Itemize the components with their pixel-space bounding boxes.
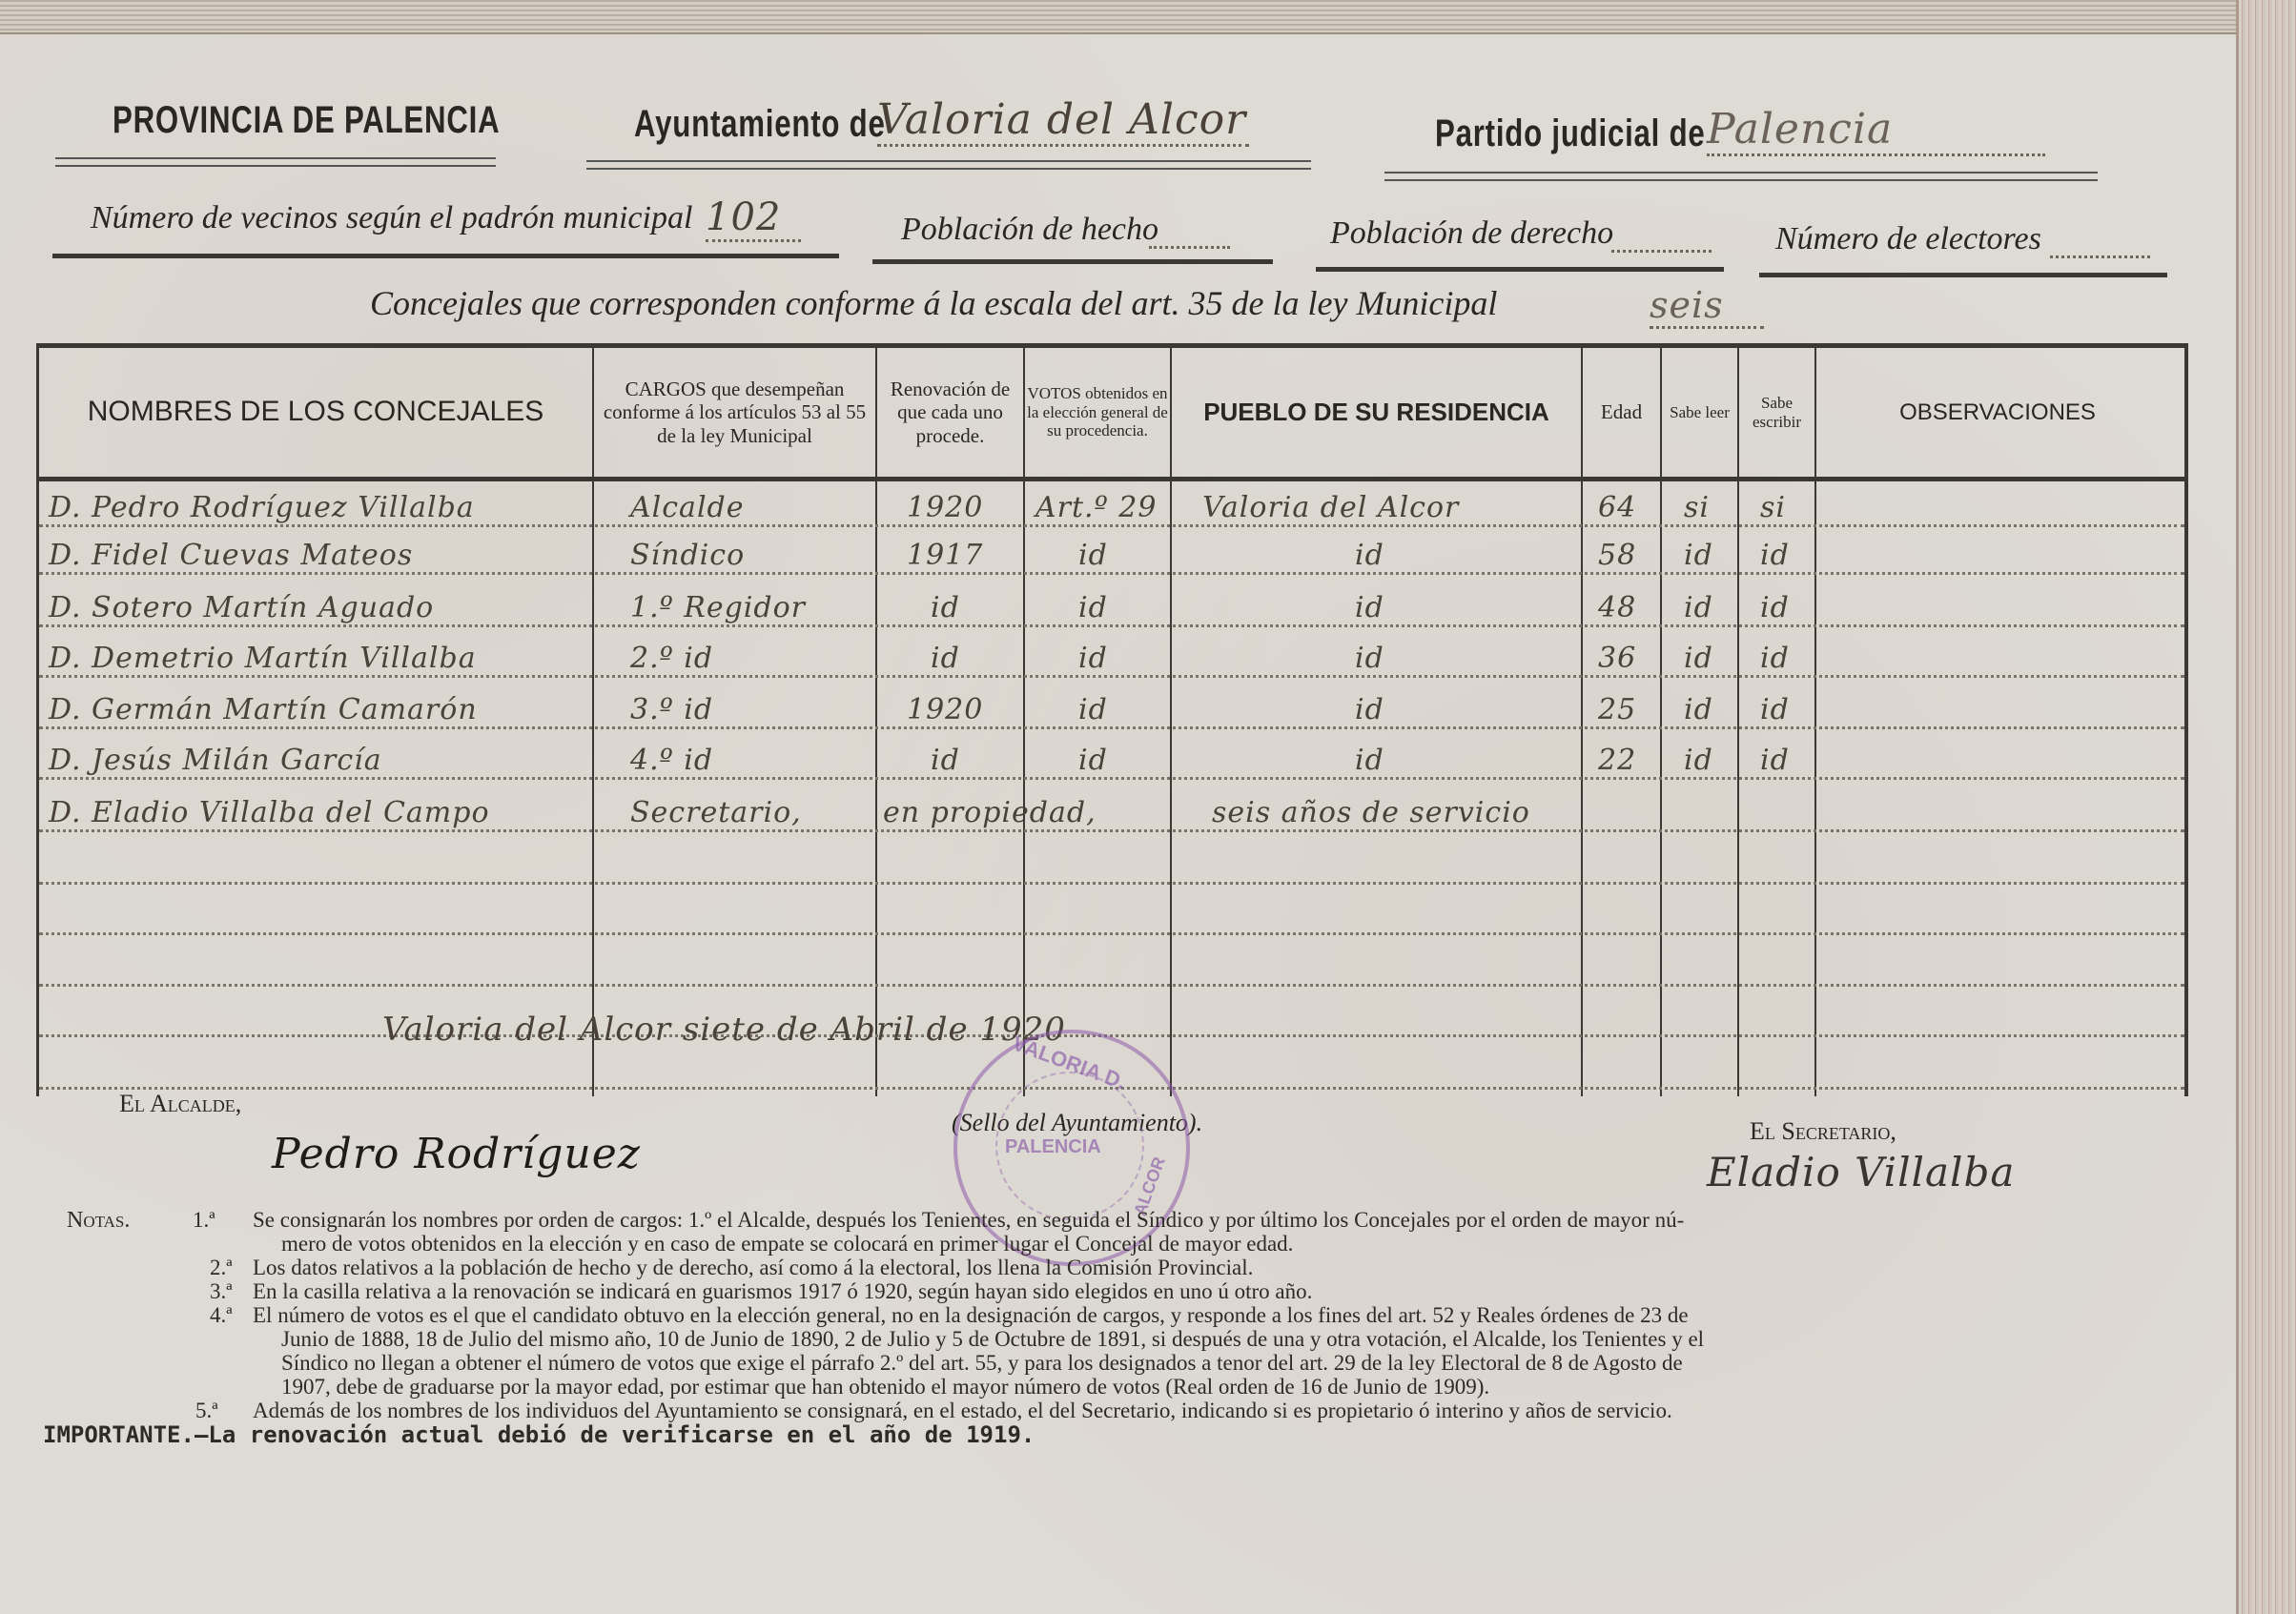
header-votos: VOTOS obtenidos en la elección general d… [1025,348,1170,477]
header-edad: Edad [1583,348,1660,477]
cell-renovacion: id [931,591,960,624]
stamp-middle-text: PALENCIA [1005,1136,1101,1158]
cell-edad: 48 [1598,591,1636,624]
provincia-heading: PROVINCIA DE PALENCIA [113,99,500,142]
note-line: 1907, debe de graduarse por la mayor eda… [281,1376,1489,1399]
cell-nombre: D. Pedro Rodríguez Villalba [49,491,475,524]
electores-label: Número de electores [1775,221,2041,257]
field-rule [1316,267,1724,272]
book-right-edge [2236,0,2296,1614]
cell-renovacion: en propiedad, [883,796,1097,829]
closing-date-line: Valoria del Alcor siete de Abril de 1920 [382,1011,1066,1049]
cell-pueblo: id [1355,591,1384,624]
ayuntamiento-label: Ayuntamiento de [634,103,886,146]
cell-cargo: 1.º Regidor [630,591,806,624]
cell-pueblo: id [1355,642,1384,675]
header-nombres: NOMBRES DE LOS CONCEJALES [39,348,592,477]
book-top-edge [0,0,2296,34]
cell-leer: id [1684,642,1713,675]
cell-renovacion: 1920 [907,693,983,726]
note-line: El número de votos es el que el candidat… [253,1304,1689,1327]
cell-renovacion: id [931,744,960,777]
cell-leer: id [1684,744,1713,777]
partido-label: Partido judicial de [1435,112,1706,155]
cell-escribir: id [1760,744,1790,777]
cell-edad: 64 [1598,491,1636,524]
cell-cargo: 3.º id [630,693,713,726]
concejales-value: seis [1650,284,1764,329]
secretario-label: El Secretario, [1750,1117,1896,1146]
cell-leer: id [1684,591,1713,624]
note-number: 3.ª [210,1280,233,1303]
cell-cargo: Secretario, [630,796,802,829]
cell-leer: id [1684,539,1713,572]
header-cargos: CARGOS que desempeñan conforme á los art… [594,348,875,477]
header-sabe-leer: Sabe leer [1662,348,1737,477]
header-renovacion: Renovación de que cada uno procede. [877,348,1023,477]
cell-cargo: 4.º id [630,744,713,777]
header-observaciones: OBSERVACIONES [1816,348,2179,477]
electores-value [2050,246,2150,258]
cell-edad: 22 [1598,744,1636,777]
cell-votos: Art.º 29 [1035,491,1157,524]
cell-nombre: D. Eladio Villalba del Campo [49,796,490,829]
cell-nombre: D. Jesús Milán García [49,744,382,777]
note-line: Los datos relativos a la población de he… [253,1256,1253,1279]
cell-pueblo: Valoria del Alcor [1202,491,1459,524]
header-rule [1384,172,2098,181]
cell-votos: id [1078,744,1108,777]
note-line: Síndico no llegan a obtener el número de… [281,1352,1683,1375]
note-number: 1.ª [193,1209,215,1232]
note-line: Se consignarán los nombres por orden de … [253,1209,1684,1232]
note-number: 2.ª [210,1256,233,1279]
note-number: 5.ª [195,1399,218,1422]
cell-nombre: D. Germán Martín Camarón [49,693,478,726]
cell-renovacion: id [931,642,960,675]
vecinos-label: Número de vecinos según el padrón munici… [91,200,692,236]
field-rule [1759,273,2167,277]
cell-votos: id [1078,693,1108,726]
header-rule [39,477,2184,481]
cell-votos: id [1078,591,1108,624]
cell-edad: 36 [1598,642,1636,675]
poblacion-hecho-value [1149,236,1230,249]
concejales-table: NOMBRES DE LOS CONCEJALES CARGOS que des… [36,343,2188,1096]
header-rule [55,157,496,167]
vecinos-value: 102 [706,195,801,242]
cell-edad: 25 [1598,693,1636,726]
cell-nombre: D. Fidel Cuevas Mateos [49,539,413,572]
cell-renovacion: 1917 [907,539,983,572]
poblacion-derecho-label: Población de derecho [1330,215,1613,252]
cell-leer: id [1684,693,1713,726]
cell-cargo: 2.º id [630,642,713,675]
cell-pueblo: id [1355,539,1384,572]
cell-edad: 58 [1598,539,1636,572]
alcalde-label: El Alcalde, [119,1090,241,1118]
cell-escribir: id [1760,539,1790,572]
cell-pueblo: id [1355,693,1384,726]
secretario-signature: Eladio Villalba [1707,1149,2015,1195]
note-line: mero de votos obtenidos en la elección y… [281,1233,1293,1256]
note-line: Además de los nombres de los individuos … [253,1399,1672,1422]
alcalde-signature: Pedro Rodríguez [272,1130,641,1178]
cell-escribir: si [1760,491,1786,524]
header-pueblo: PUEBLO DE SU RESIDENCIA [1172,348,1581,477]
cell-votos: id [1078,539,1108,572]
cell-nombre: D. Sotero Martín Aguado [49,591,434,624]
notes-label: Notas. [67,1209,130,1232]
cell-pueblo: seis años de servicio [1212,796,1530,829]
concejales-label: Concejales que corresponden conforme á l… [370,283,1497,323]
cell-escribir: id [1760,642,1790,675]
cell-renovacion: 1920 [907,491,983,524]
cell-leer: si [1684,491,1710,524]
cell-pueblo: id [1355,744,1384,777]
cell-votos: id [1078,642,1108,675]
importante-note: IMPORTANTE.—La renovación actual debió d… [43,1423,1035,1446]
partido-value: Palencia [1707,105,2045,156]
ayuntamiento-value: Valoria del Alcor [877,95,1249,147]
header-sabe-escribir: Sabe escribir [1739,348,1814,477]
cell-cargo: Alcalde [630,491,745,524]
poblacion-derecho-value [1611,240,1712,253]
cell-escribir: id [1760,591,1790,624]
note-line: Junio de 1888, 18 de Julio del mismo año… [281,1328,1704,1351]
cell-nombre: D. Demetrio Martín Villalba [49,642,477,675]
note-number: 4.ª [210,1304,233,1327]
note-line: En la casilla relativa a la renovación s… [253,1280,1312,1303]
field-rule [872,259,1273,264]
field-rule [52,254,839,258]
poblacion-hecho-label: Población de hecho [901,212,1158,248]
cell-cargo: Síndico [630,539,745,572]
header-rule [586,160,1311,170]
cell-escribir: id [1760,693,1790,726]
